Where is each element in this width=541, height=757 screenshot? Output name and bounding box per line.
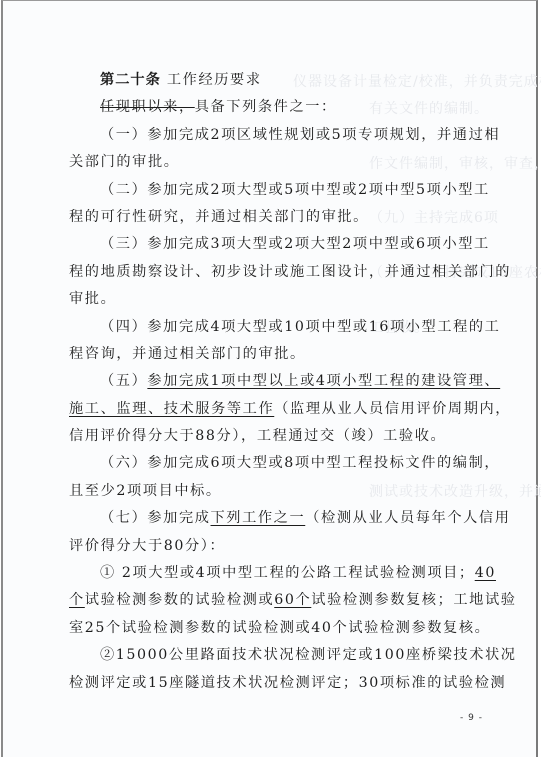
item-6-line-1: （六）参加完成6项大型或8项中型工程投标文件的编制， bbox=[69, 450, 479, 477]
item-7-prefix: （七）参加完成 bbox=[100, 510, 211, 526]
item-4-line-1: （四）参加完成4项大型或10项中型或16项小型工程的工 bbox=[69, 314, 479, 341]
document-body: 第二十条 工作经历要求 任现职以来，具备下列条件之一： （一）参加完成2项区域性… bbox=[69, 67, 479, 697]
sub-1-line-1: ① 2项大型或4项中型工程的公路工程试验检测项目；40 bbox=[69, 560, 479, 587]
item-3-line-2: 程的地质勘察设计、初步设计或施工图设计，并通过相关部门的 bbox=[69, 259, 479, 286]
item-7-line-1: （七）参加完成下列工作之一（检测从业人员每年个人信用 bbox=[69, 505, 479, 532]
struck-text: 任现职以来， bbox=[100, 99, 195, 115]
sub-2-line-1: ②15000公里路面技术状况检测评定或100座桥梁技术状况 bbox=[69, 642, 479, 669]
underlined-text: 下列工作之一 bbox=[211, 510, 306, 526]
article-number: 第二十条 bbox=[100, 72, 161, 88]
item-1-line-2: 关部门的审批。 bbox=[69, 149, 479, 176]
underlined-text: 施工、监理、技术服务等工作 bbox=[69, 401, 274, 417]
sub-1-text: ① 2项大型或4项中型工程的公路工程试验检测项目； bbox=[100, 565, 475, 581]
item-7-line-2: 评价得分大于80分）： bbox=[69, 533, 479, 560]
underlined-text: 参加完成1项中型以上或4项小型工程的建设管理、 bbox=[147, 373, 500, 389]
item-7-note: （检测从业人员每年个人信用 bbox=[305, 510, 510, 526]
item-2-line-1: （二）参加完成2项大型或5项中型或2项中型5项小型工 bbox=[69, 177, 479, 204]
item-3-line-1: （三）参加完成3项大型或2项大型2项中型或6项小型工 bbox=[69, 231, 479, 258]
item-2-line-2: 程的可行性研究，并通过相关部门的审批。 bbox=[69, 204, 479, 231]
item-6-line-2: 且至少2项项目中标。 bbox=[69, 478, 479, 505]
article-heading-line: 第二十条 工作经历要求 bbox=[69, 67, 479, 94]
sub-1-text: 试验检测参数的试验检测或 bbox=[85, 592, 274, 608]
item-1-line-1: （一）参加完成2项区域性规划或5项专项规划，并通过相 bbox=[69, 122, 479, 149]
sub-1-text: 试验检测参数复核；工地试验 bbox=[311, 592, 516, 608]
sub-1-line-3: 室25个试验检测参数的试验检测或40个试验检测参数复核。 bbox=[69, 615, 479, 642]
page-number: - 9 - bbox=[460, 713, 483, 723]
intro-line: 任现职以来，具备下列条件之一： bbox=[69, 94, 479, 121]
underlined-text: 40 bbox=[475, 565, 496, 581]
item-3-line-3: 审批。 bbox=[69, 286, 479, 313]
item-5-line-1: （五）参加完成1项中型以上或4项小型工程的建设管理、 bbox=[69, 368, 479, 395]
item-4-line-2: 程咨询，并通过相关部门的审批。 bbox=[69, 341, 479, 368]
sub-1-line-2: 个试验检测参数的试验检测或60个试验检测参数复核；工地试验 bbox=[69, 587, 479, 614]
article-title: 工作经历要求 bbox=[167, 72, 262, 88]
intro-text: 具备下列条件之一： bbox=[195, 99, 337, 115]
sub-2-line-2: 检测评定或15座隧道技术状况检测评定；30项标准的试验检测 bbox=[69, 670, 479, 697]
document-page: 仪器设备计量检定/校准，并负责完成检测仪器设备期间核查 有关文件的编制。 作文件… bbox=[1, 0, 538, 757]
underlined-text: 个 bbox=[69, 592, 85, 608]
item-5-line-2: 施工、监理、技术服务等工作（监理从业人员信用评价周期内， bbox=[69, 396, 479, 423]
underlined-text: 60个 bbox=[274, 592, 311, 608]
item-5-prefix: （五） bbox=[100, 373, 147, 389]
item-5-line-3: 信用评价得分大于88分），工程通过交（竣）工验收。 bbox=[69, 423, 479, 450]
item-5-note: （监理从业人员信用评价周期内， bbox=[274, 401, 511, 417]
